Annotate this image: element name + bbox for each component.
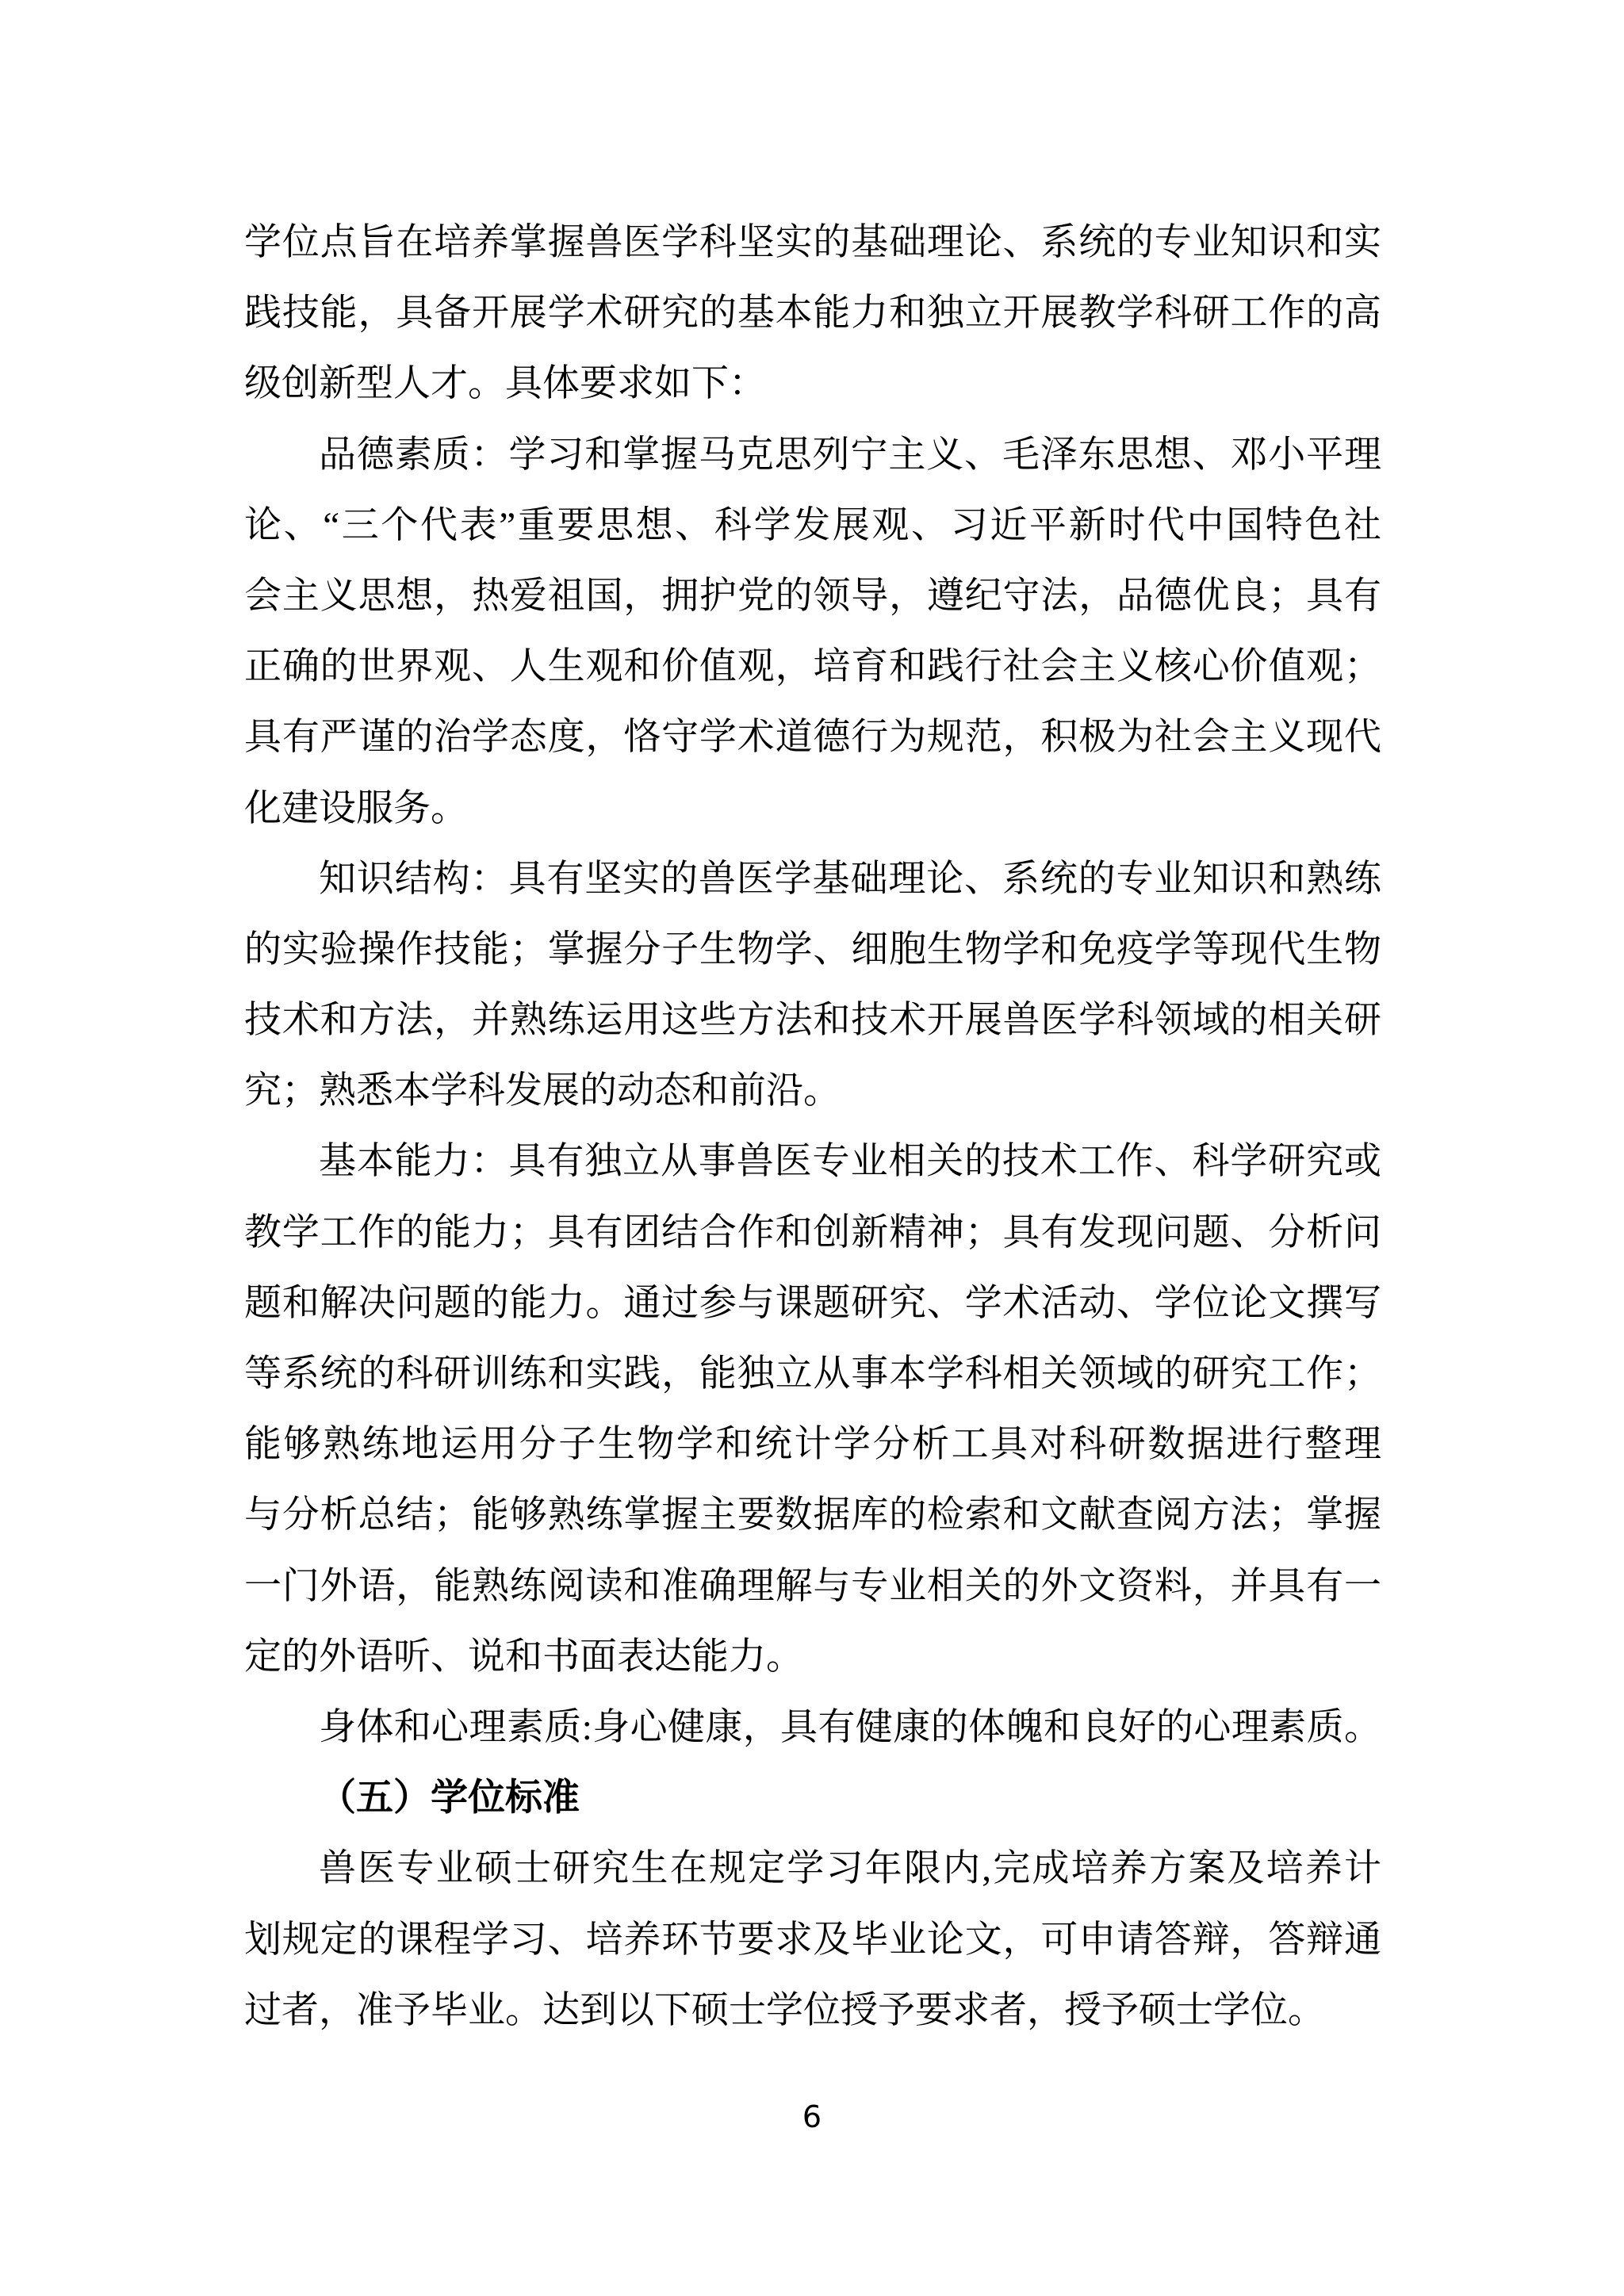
text-line: 等系统的科研训练和实践，能独立从事本学科相关领域的研究工作； xyxy=(244,1339,1381,1410)
text-line: 定的外语听、说和书面表达能力。 xyxy=(244,1622,1381,1693)
text-line: 一门外语，能熟练阅读和准确理解与专业相关的外文资料，并具有一 xyxy=(244,1552,1381,1622)
text-line: 基本能力：具有独立从事兽医专业相关的技术工作、科学研究或 xyxy=(244,1127,1381,1197)
text-line: 题和解决问题的能力。通过参与课题研究、学术活动、学位论文撰写 xyxy=(244,1269,1381,1339)
paragraph: 身体和心理素质:身心健康，具有健康的体魄和良好的心理素质。 xyxy=(244,1693,1381,1763)
section-heading: （五）学位标准 xyxy=(244,1763,1381,1834)
paragraph: 学位点旨在培养掌握兽医学科坚实的基础理论、系统的专业知识和实 践技能，具备开展学… xyxy=(244,208,1381,420)
text-line: 具有严谨的治学态度，恪守学术道德行为规范，积极为社会主义现代 xyxy=(244,702,1381,773)
text-line: 究；熟悉本学科发展的动态和前沿。 xyxy=(244,1056,1381,1127)
text-line: 技术和方法，并熟练运用这些方法和技术开展兽医学科领域的相关研 xyxy=(244,985,1381,1056)
text-line: 的实验操作技能；掌握分子生物学、细胞生物学和免疫学等现代生物 xyxy=(244,915,1381,985)
paragraph: 品德素质：学习和掌握马克思列宁主义、毛泽东思想、邓小平理 论、“三个代表”重要思… xyxy=(244,420,1381,844)
text-line: 知识结构：具有坚实的兽医学基础理论、系统的专业知识和熟练 xyxy=(244,844,1381,915)
text-line: 兽医专业硕士研究生在规定学习年限内,完成培养方案及培养计 xyxy=(244,1834,1381,1904)
document-page: 学位点旨在培养掌握兽医学科坚实的基础理论、系统的专业知识和实 践技能，具备开展学… xyxy=(0,0,1624,2296)
text-line: 践技能，具备开展学术研究的基本能力和独立开展教学科研工作的高 xyxy=(244,278,1381,349)
text-line: 身体和心理素质:身心健康，具有健康的体魄和良好的心理素质。 xyxy=(244,1693,1381,1763)
text-line: 划规定的课程学习、培养环节要求及毕业论文，可申请答辩，答辩通 xyxy=(244,1905,1381,1976)
text-line: 会主义思想，热爱祖国，拥护党的领导，遵纪守法，品德优良；具有 xyxy=(244,561,1381,632)
text-line: 品德素质：学习和掌握马克思列宁主义、毛泽东思想、邓小平理 xyxy=(244,420,1381,491)
text-line: 级创新型人才。具体要求如下： xyxy=(244,349,1381,419)
paragraph: 知识结构：具有坚实的兽医学基础理论、系统的专业知识和熟练 的实验操作技能；掌握分… xyxy=(244,844,1381,1127)
text-line: 与分析总结；能够熟练掌握主要数据库的检索和文献查阅方法；掌握 xyxy=(244,1480,1381,1551)
text-line: 过者，准予毕业。达到以下硕士学位授予要求者，授予硕士学位。 xyxy=(244,1976,1381,2046)
text-line: 论、“三个代表”重要思想、科学发展观、习近平新时代中国特色社 xyxy=(244,491,1381,561)
page-number: 6 xyxy=(0,2099,1624,2135)
text-line: 学位点旨在培养掌握兽医学科坚实的基础理论、系统的专业知识和实 xyxy=(244,208,1381,278)
text-line: 教学工作的能力；具有团结合作和创新精神；具有发现问题、分析问 xyxy=(244,1198,1381,1269)
paragraph: 基本能力：具有独立从事兽医专业相关的技术工作、科学研究或 教学工作的能力；具有团… xyxy=(244,1127,1381,1693)
text-line: 正确的世界观、人生观和价值观，培育和践行社会主义核心价值观； xyxy=(244,632,1381,702)
paragraph: （五）学位标准 xyxy=(244,1763,1381,1834)
paragraph: 兽医专业硕士研究生在规定学习年限内,完成培养方案及培养计 划规定的课程学习、培养… xyxy=(244,1834,1381,2046)
text-block: 学位点旨在培养掌握兽医学科坚实的基础理论、系统的专业知识和实 践技能，具备开展学… xyxy=(244,208,1381,2046)
text-line: 能够熟练地运用分子生物学和统计学分析工具对科研数据进行整理 xyxy=(244,1410,1381,1480)
text-line: 化建设服务。 xyxy=(244,774,1381,844)
